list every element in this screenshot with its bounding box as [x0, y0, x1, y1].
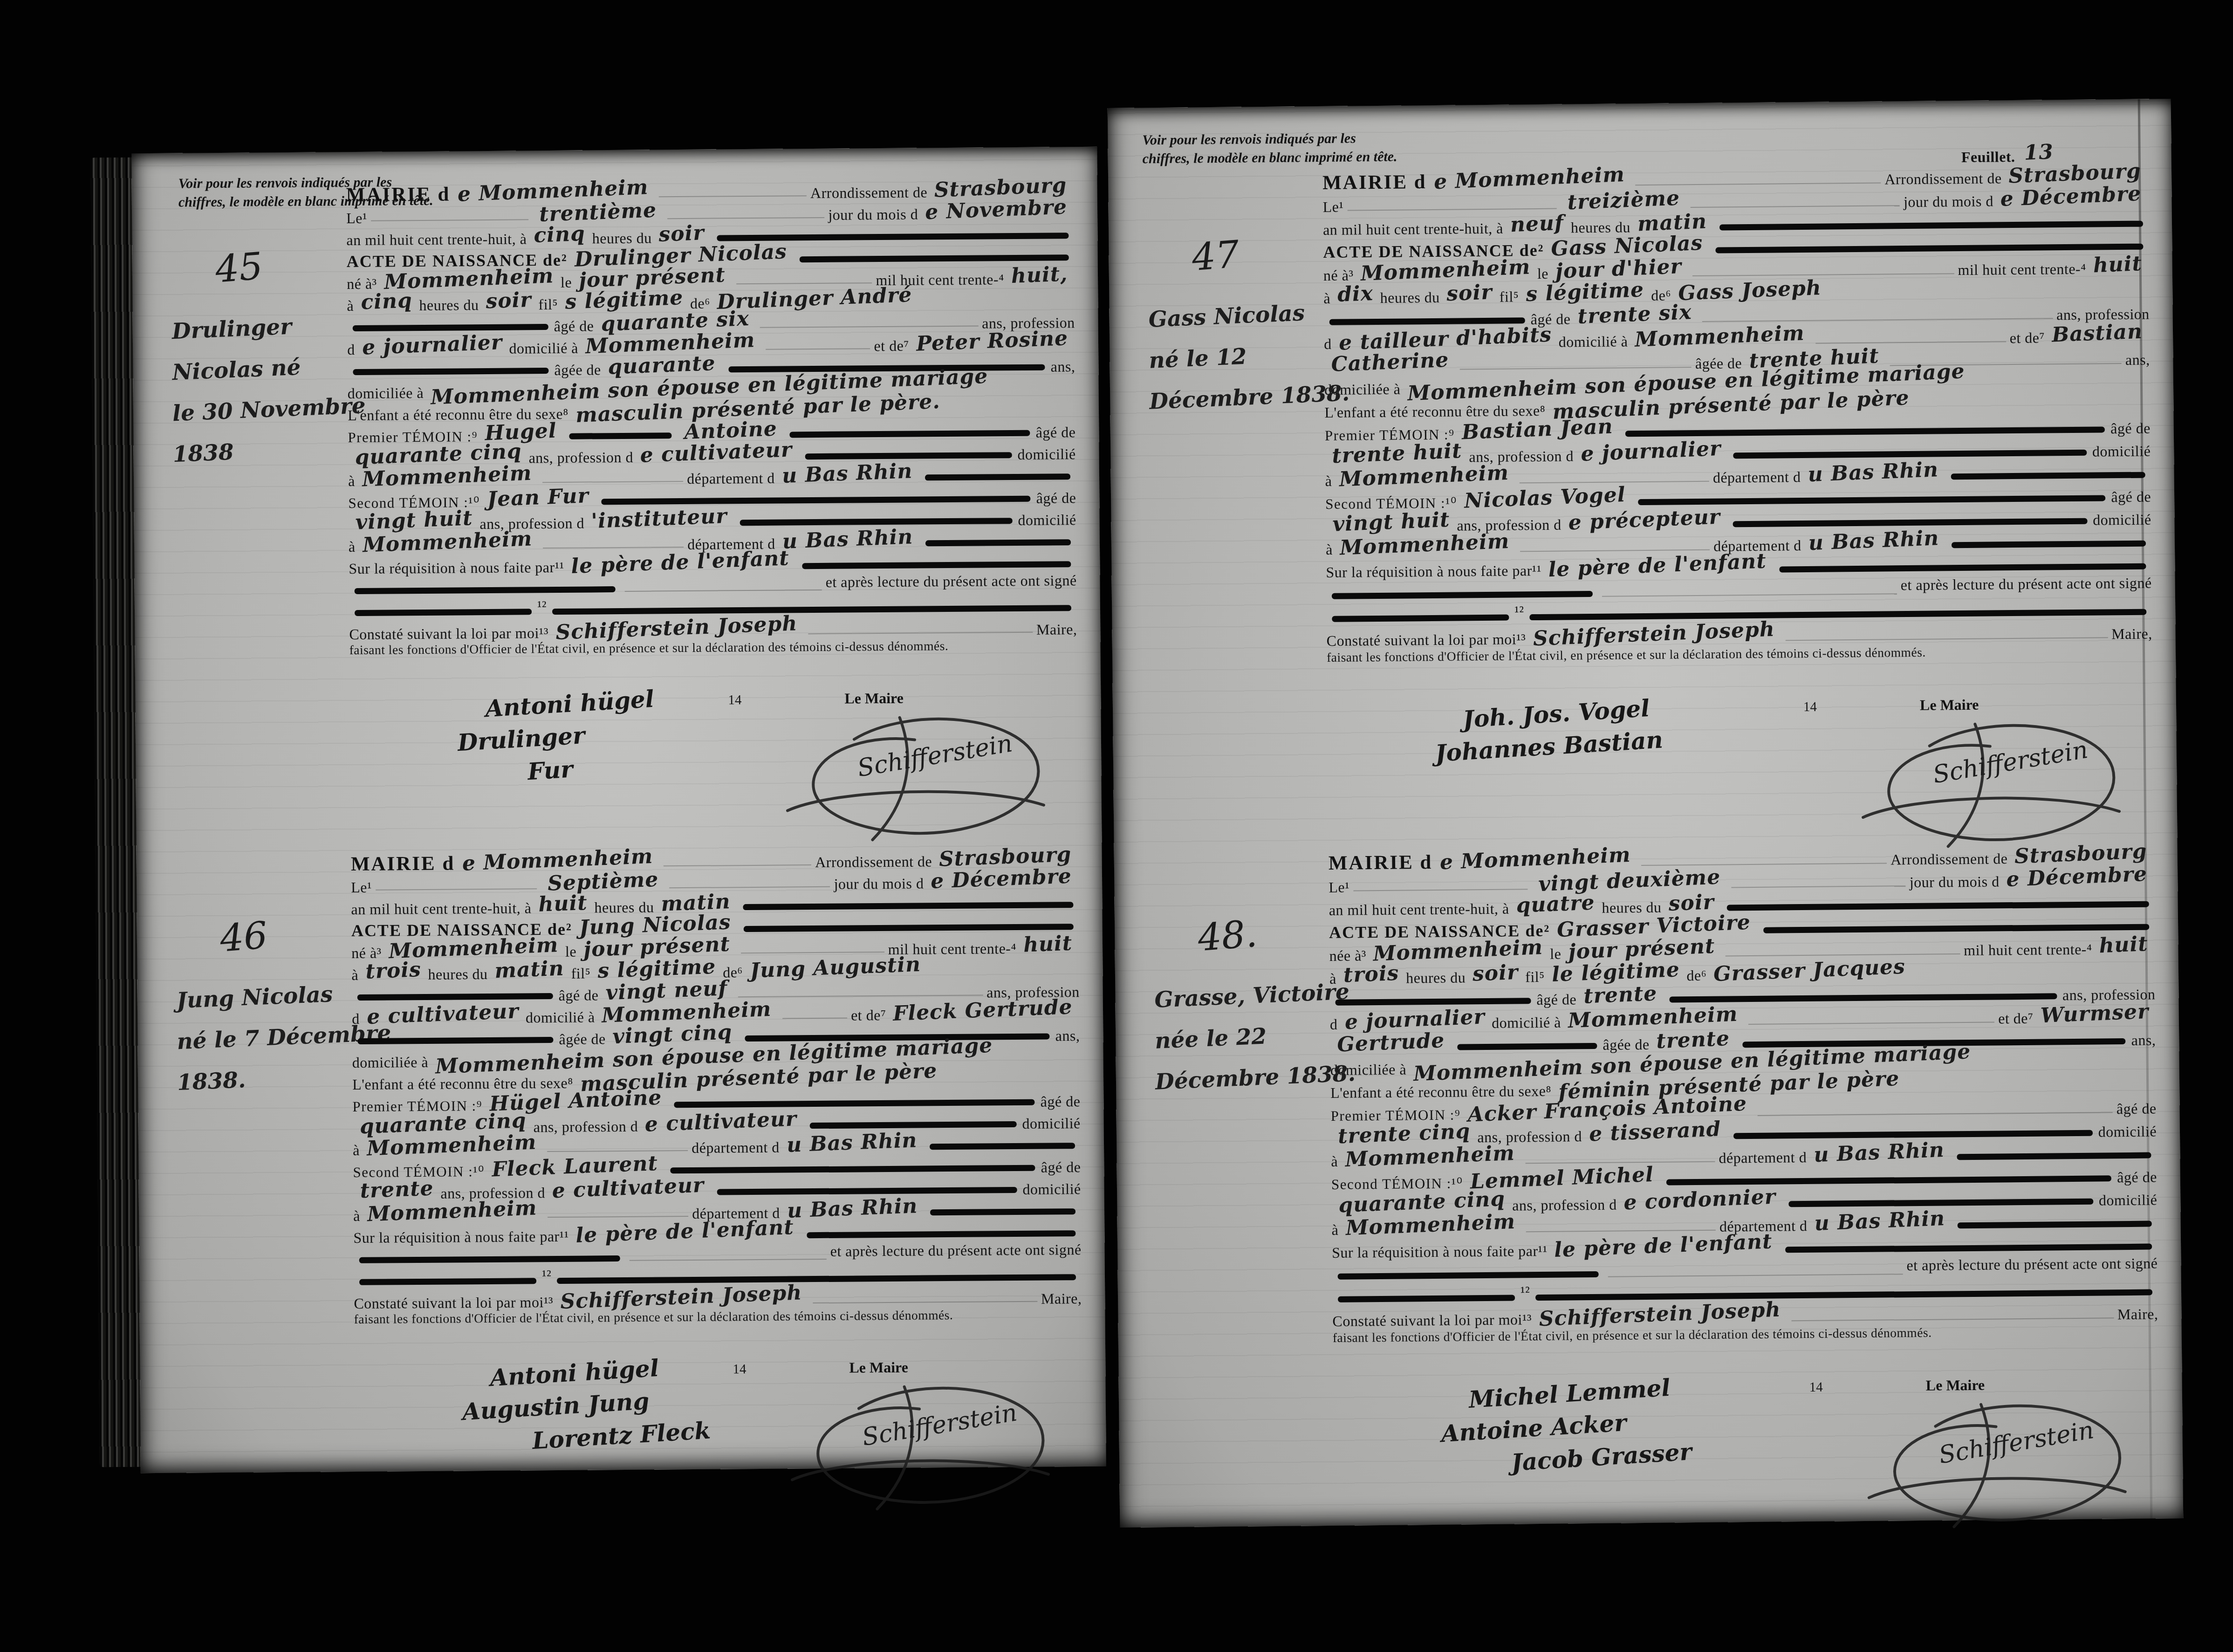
redaction-bar [353, 368, 548, 375]
redaction-bar [930, 1143, 1075, 1150]
printed-form-text: Constaté suivant la loi par moi¹³ [354, 1294, 553, 1312]
handwritten-entry: u Bas Rhin [787, 1194, 918, 1223]
handwritten-entry: e tisserand [1589, 1117, 1721, 1146]
redaction-bar [1670, 993, 2057, 1002]
redaction-bar [925, 539, 1071, 546]
redaction-bar [359, 1278, 536, 1285]
printed-form-text: âgé de [2117, 1100, 2157, 1117]
act-margin-note: 1838 [172, 427, 349, 476]
redaction-bar [1457, 1043, 1597, 1050]
printed-form-text: né à³ [1323, 267, 1354, 284]
blank-writing-line [1748, 1021, 1994, 1025]
redaction-bar [800, 254, 1069, 262]
printed-form-text: âgé de [1036, 424, 1076, 441]
printed-form-text: domicilié à [509, 340, 578, 357]
handwritten-entry: u Bas Rhin [781, 459, 913, 488]
maire-signature-area: 14Le Maire Schifferstein [705, 1347, 1069, 1499]
printed-form-text: ans, [1051, 358, 1075, 375]
printed-form-text: à [1325, 473, 1332, 490]
blank-writing-line [1815, 341, 2006, 344]
blank-writing-line [1702, 318, 2053, 322]
blank-writing-line [1758, 1112, 2113, 1116]
printed-form-text: Le¹ [1322, 199, 1343, 216]
printed-form-text: MAIRIE d [346, 183, 451, 206]
form-line: faisant les fonctions d'Officier de l'Ét… [354, 1307, 1082, 1334]
printed-form-text: heures du [428, 966, 487, 983]
redaction-bar [1779, 563, 2146, 573]
maire-signature-area: 14Le Maire Schifferstein [1775, 685, 2140, 837]
blank-writing-line [1786, 637, 2108, 641]
printed-form-text: âgé de [2110, 420, 2151, 438]
redaction-bar [552, 605, 1071, 615]
handwritten-entry: soir [1472, 960, 1519, 986]
redaction-bar [1529, 609, 2146, 621]
redaction-bar [1726, 901, 2149, 911]
blank-writing-line [630, 1259, 827, 1261]
act-number: 47 [1190, 226, 1324, 279]
act-margin-note: Décembre 1838. [1148, 374, 1325, 422]
instruction-line: Voir pour les renvois indiqués par les [1142, 129, 1450, 150]
handwritten-entry: trente [360, 1176, 434, 1203]
redaction-bar [1952, 541, 2146, 548]
redaction-bar [357, 1037, 553, 1044]
handwritten-entry: trentième [539, 198, 657, 226]
redaction-bar [930, 1208, 1075, 1215]
redaction-bar [789, 430, 1030, 438]
act-margin-note: Décembre 1838. [1154, 1054, 1331, 1103]
printed-form-text: an mil huit cent trente-huit, à [346, 230, 527, 249]
footnote-number: 14 [1803, 699, 1817, 715]
printed-form-text: MAIRIE d [351, 852, 455, 876]
acts-right: 47Gass Nicolasné le 12Décembre 1838.MAIR… [1108, 99, 2171, 108]
act-margin-note: le 30 Novembre [171, 386, 348, 435]
printed-form-text: domicilié [1022, 1180, 1081, 1198]
svg-text:Schifferstein: Schifferstein [856, 729, 1014, 782]
printed-form-text: Sur la réquisition à nous faite par¹¹ [1326, 562, 1541, 581]
printed-form-text: à [1326, 541, 1333, 558]
act-margin-note: Drulinger [171, 304, 348, 353]
printed-form-text: âgé de [1536, 991, 1576, 1008]
handwritten-entry: u Bas Rhin [786, 1128, 918, 1157]
blank-writing-line [1691, 205, 1900, 208]
acts-left: 45DrulingerNicolas néle 30 Novembre1838M… [131, 147, 1097, 153]
printed-form-text: fil⁵ [571, 965, 590, 982]
printed-form-text: mil huit cent trente-⁴ [1964, 941, 2092, 959]
handwritten-entry: trois [365, 958, 421, 984]
blank-writing-line [760, 326, 979, 328]
act-margin-note: Gass Nicolas [1148, 292, 1324, 340]
blank-writing-line [667, 217, 825, 219]
handwritten-entry: e journalier [1580, 437, 1721, 466]
handwritten-entry: Wurmser [2040, 1000, 2149, 1028]
printed-form-text: à [1323, 290, 1330, 307]
printed-form-text: et après lecture du présent acte ont sig… [825, 572, 1076, 591]
printed-form-text: d [1330, 1016, 1338, 1033]
redaction-bar [1788, 1199, 2093, 1207]
printed-form-text: domicilié [2098, 1123, 2157, 1140]
blank-writing-line [371, 219, 528, 221]
redaction-bar [1958, 1221, 2152, 1229]
printed-form-text: à [347, 297, 354, 315]
footnote-number: 14 [728, 692, 741, 708]
act-margin-note: né le 12 [1148, 333, 1325, 381]
printed-form-text: et de⁷ [2010, 329, 2045, 347]
act-margin: 46Jung Nicolasné le 7 Décembre1838. [150, 852, 356, 1505]
handwritten-entry: u Bas Rhin [1813, 1138, 1945, 1167]
printed-form-text: département d [1713, 468, 1801, 487]
blank-writing-line [376, 888, 537, 890]
redaction-bar [557, 1274, 1076, 1284]
blank-writing-line [1608, 1274, 1903, 1277]
redaction-bar [1733, 1130, 2093, 1139]
act-margin-note: Jung Nicolas [176, 973, 352, 1021]
printed-form-text: domicilié à [1559, 333, 1628, 350]
printed-margin-instruction: Voir pour les renvois indiqués par lesch… [1142, 129, 1450, 169]
redaction-bar [353, 324, 548, 331]
handwritten-entry: e Décembre [2000, 182, 2142, 211]
printed-form-text: ans, [2131, 1031, 2156, 1049]
printed-form-text: jour du mois d [1904, 192, 1993, 211]
handwritten-entry: Gass Joseph [1678, 276, 1822, 305]
signature-block: Antoni hügelDrulingerFur14Le Maire Schif… [349, 675, 1078, 834]
handwritten-entry: trente six [1577, 300, 1692, 329]
printed-form-text: domicilié à [1492, 1014, 1561, 1032]
blank-writing-line [1526, 1161, 1715, 1164]
printed-form-text: heures du [1571, 219, 1630, 236]
redaction-bar [805, 452, 1012, 459]
register-page-right: Voir pour les renvois indiqués par lesch… [1108, 99, 2183, 1528]
redaction-bar [670, 1165, 1035, 1173]
redaction-bar [744, 924, 1074, 932]
printed-form-text: Sur la réquisition à nous faite par¹¹ [353, 1228, 569, 1247]
act-margin: 48.Grasse, Victoirenée le 22Décembre 183… [1127, 851, 1335, 1525]
printed-form-text: le [561, 274, 572, 291]
blank-writing-line [1791, 1317, 2114, 1321]
blank-writing-line [659, 195, 807, 197]
printed-form-text: ans, [1055, 1027, 1080, 1044]
blank-writing-line [1602, 593, 1897, 597]
printed-form-text: à [351, 967, 358, 984]
printed-form-text: âgé de [1036, 489, 1076, 507]
svg-text:Schifferstein: Schifferstein [860, 1398, 1019, 1452]
maire-signature-flourish: Schifferstein [765, 1370, 1064, 1511]
handwritten-entry: huit, [1011, 262, 1068, 288]
handwritten-entry: Jean Fur [486, 484, 589, 511]
printed-form-text: Arrondissement de [1891, 850, 2007, 868]
act-margin-note: 1838. [176, 1055, 353, 1104]
printed-form-text: an mil huit cent trente-huit, à [1323, 220, 1503, 239]
act-number: 46 [219, 907, 353, 960]
printed-form-text: ¹² [1521, 1283, 1530, 1300]
printed-form-text: Arrondissement de [815, 853, 932, 871]
handwritten-entry: s légitime [1525, 278, 1644, 306]
birth-act: 45DrulingerNicolas néle 30 Novembre1838M… [145, 178, 1082, 836]
printed-form-text: Le¹ [1329, 879, 1349, 896]
signature-block: Michel LemmelAntoine AckerJacob Grasser1… [1333, 1362, 2160, 1522]
blank-writing-line [664, 864, 811, 866]
handwritten-entry: trente [1583, 981, 1658, 1008]
printed-form-text: le [565, 943, 576, 960]
handwritten-entry: Bastian [2051, 320, 2143, 347]
handwritten-entry: neuf [1510, 211, 1564, 237]
printed-form-text: et après lecture du présent acte ont sig… [1901, 574, 2152, 594]
form-line: Le¹trentièmejour du mois de Novembre [346, 199, 1074, 226]
printed-form-text: âgé de [1041, 1093, 1081, 1110]
redaction-bar [802, 561, 1071, 569]
redaction-bar [1338, 1295, 1515, 1302]
printed-form-text: née à³ [1329, 947, 1366, 965]
blank-writing-line [1520, 549, 1710, 552]
printed-form-text: heures du [592, 229, 652, 247]
blank-writing-line [1526, 1230, 1716, 1233]
printed-form-text: heures du [419, 296, 479, 314]
blank-writing-line [741, 952, 884, 953]
printed-form-text: le [1537, 265, 1548, 282]
printed-form-text: Arrondissement de [1884, 170, 2001, 188]
handwritten-entry: le légitime [1551, 958, 1680, 987]
footnote-number: 14 [1809, 1380, 1823, 1395]
redaction-bar [1951, 472, 2145, 480]
redaction-bar [357, 993, 553, 1001]
printed-form-text: MAIRIE d [1329, 851, 1433, 875]
handwritten-entry: u Bas Rhin [782, 525, 913, 554]
blank-writing-line [548, 1216, 688, 1218]
printed-form-text: Le¹ [351, 879, 372, 896]
blank-writing-line [547, 1150, 688, 1152]
printed-form-text: âgée de [559, 1030, 606, 1048]
printed-form-text: Constaté suivant la loi par moi¹³ [1332, 1311, 1532, 1330]
footnote-number: 14 [733, 1362, 746, 1377]
handwritten-entry: huit [1023, 932, 1073, 957]
signature-block: Antoni hügelAugustin JungLorentz Fleck14… [354, 1344, 1083, 1503]
printed-form-text: Maire, [2117, 1305, 2158, 1323]
handwritten-entry: matin [494, 957, 565, 983]
register-page-left: Voir pour les renvois indiqués par lesch… [131, 147, 1106, 1473]
printed-form-text: d [347, 341, 355, 358]
redaction-bar [743, 902, 1074, 910]
act-margin-note: Nicolas né [171, 345, 348, 394]
redaction-bar [807, 1230, 1075, 1238]
printed-form-text: Arrondissement de [810, 184, 927, 202]
printed-form-text: heures du [1380, 289, 1440, 307]
handwritten-entry: u Bas Rhin [1807, 458, 1938, 487]
form-line: né à³Mommenheimlejour présentmil huit ce… [347, 265, 1075, 292]
printed-form-text: jour du mois d [834, 875, 924, 892]
printed-form-text: âgée de [1603, 1036, 1650, 1054]
act-margin: 47Gass Nicolasné le 12Décembre 1838. [1121, 171, 1329, 844]
handwritten-entry: huit [2093, 252, 2143, 277]
act-form: MAIRIE de MommenheimArrondissement deStr… [351, 847, 1087, 1503]
maire-signature-area: 14Le Maire Schifferstein [700, 678, 1064, 829]
printed-form-text: jour du mois d [1910, 873, 2000, 891]
act-number: 48. [1196, 906, 1330, 960]
handwritten-entry: soir [1446, 280, 1493, 306]
printed-form-text: âgé de [2117, 1168, 2157, 1186]
printed-form-text: Maire, [1036, 621, 1077, 638]
svg-text:Schifferstein: Schifferstein [1931, 736, 2090, 789]
blank-writing-line [808, 632, 1033, 634]
handwritten-entry: Catherine [1331, 348, 1450, 377]
printed-form-text: Le¹ [346, 210, 367, 227]
handwritten-entry: 'instituteur [591, 504, 728, 533]
act-margin-note: Grasse, Victoire [1154, 972, 1330, 1021]
handwritten-entry: trois [1343, 961, 1399, 987]
printed-form-text: à [1332, 1221, 1339, 1239]
redaction-bar [601, 496, 1031, 505]
maire-signature-area: 14Le Maire Schifferstein [1781, 1365, 2146, 1517]
act-number: 45 [214, 238, 348, 291]
act-margin: 45DrulingerNicolas néle 30 Novembre1838 [145, 183, 351, 836]
redaction-bar [1332, 615, 1509, 622]
handwritten-entry: e Décembre [930, 864, 1072, 893]
printed-form-text: à [353, 1142, 360, 1159]
redaction-bar [674, 1099, 1035, 1108]
redaction-bar [1666, 1175, 2111, 1185]
printed-form-text: heures du [1406, 969, 1466, 987]
blank-writing-line [1641, 863, 1887, 866]
printed-form-text: domiciliée à [352, 1054, 429, 1071]
printed-form-text: département d [1719, 1149, 1807, 1167]
printed-form-text: an mil huit cent trente-huit, à [1329, 900, 1509, 919]
blank-writing-line [1348, 208, 1557, 211]
handwritten-entry: trente [1656, 1027, 1731, 1053]
printed-form-text: ans, profession d [1512, 1196, 1617, 1214]
printed-form-text: domicilié [1018, 511, 1076, 529]
redaction-bar [1733, 518, 2087, 528]
feuillet-label: Feuillet. [1961, 148, 2015, 165]
handwritten-entry: huit [538, 891, 588, 917]
blank-writing-line [736, 282, 872, 284]
printed-form-text: ans, [2125, 351, 2150, 369]
blank-writing-line [782, 1018, 847, 1019]
handwritten-entry: soir [485, 288, 532, 314]
blank-writing-line [542, 481, 683, 483]
blank-writing-line [669, 886, 830, 888]
printed-form-text: et après lecture du présent acte ont sig… [830, 1241, 1081, 1260]
printed-form-text: et de⁷ [851, 1007, 886, 1024]
printed-form-text: domicilié [2093, 511, 2151, 529]
printed-form-text: à [1331, 1153, 1338, 1170]
printed-form-text: Sur la réquisition à nous faite par¹¹ [1332, 1242, 1548, 1261]
printed-form-text: âgé de [559, 987, 599, 1004]
blank-writing-line [1459, 367, 1692, 370]
printed-form-text: L'enfant a été reconnu être du sexe⁸ [1330, 1083, 1551, 1102]
signature-block: Joh. Jos. VogelJohannes Bastian14Le Mair… [1327, 681, 2154, 842]
birth-act: 47Gass Nicolasné le 12Décembre 1838.MAIR… [1121, 163, 2158, 844]
blank-writing-line [813, 1301, 1037, 1303]
printed-form-text: d [1324, 336, 1332, 353]
redaction-bar [1715, 244, 2143, 254]
printed-form-text: et de⁷ [1998, 1010, 2034, 1028]
redaction-bar [355, 609, 532, 616]
handwritten-entry: Gertrude [1336, 1028, 1445, 1056]
handwritten-entry: e Décembre [2006, 862, 2148, 891]
handwritten-entry: cinq [360, 288, 412, 314]
printed-form-text: Constaté suivant la loi par moi¹³ [349, 624, 548, 643]
printed-form-text: mil huit cent trente-⁴ [1958, 260, 2086, 279]
handwritten-entry: e journalier [362, 330, 503, 360]
handwritten-entry: e Novembre [925, 195, 1068, 224]
redaction-bar [1338, 1271, 1599, 1280]
printed-form-text: fil⁵ [538, 296, 558, 313]
maire-signature-flourish: Schifferstein [1836, 707, 2136, 850]
redaction-bar [1625, 426, 2105, 437]
redaction-bar [1719, 221, 2143, 231]
printed-form-text: ans, profession d [533, 1118, 638, 1136]
maire-signature-flourish: Schifferstein [1842, 1387, 2142, 1530]
instruction-line: chiffres, le modèle en blanc imprimé en … [1143, 147, 1450, 169]
handwritten-entry: u Bas Rhin [1814, 1206, 1945, 1235]
printed-form-text: jour du mois d [828, 206, 918, 223]
printed-form-text: âgé de [2111, 488, 2151, 506]
printed-form-text: et de⁷ [874, 337, 909, 355]
redaction-bar [1638, 495, 2106, 505]
printed-form-text: ¹² [537, 597, 547, 615]
redaction-bar [1335, 998, 1531, 1006]
redaction-bar [1535, 1289, 2152, 1301]
printed-form-text: âgée de [554, 361, 601, 379]
svg-text:Schifferstein: Schifferstein [1937, 1416, 2096, 1470]
birth-act: 48.Grasse, Victoirenée le 22Décembre 183… [1127, 843, 2164, 1524]
blank-writing-line [1635, 183, 1881, 186]
act-form: MAIRIE de MommenheimArrondissement deStr… [346, 178, 1082, 834]
birth-act: 46Jung Nicolasné le 7 Décembre1838.MAIRI… [150, 847, 1087, 1505]
redaction-bar [1957, 1152, 2151, 1160]
maire-signature-flourish: Schifferstein [760, 700, 1060, 842]
printed-form-text: domicilié [2092, 443, 2151, 460]
printed-form-text: fil⁵ [1500, 288, 1519, 305]
printed-form-text: domicilié [1017, 446, 1076, 463]
printed-form-text: à [349, 538, 356, 555]
blank-writing-line [625, 590, 822, 592]
redaction-bar [1763, 924, 2149, 933]
blank-writing-line [766, 348, 870, 350]
handwritten-entry: treizième [1567, 186, 1680, 215]
printed-form-text: âgé de [554, 317, 594, 335]
register-scan: Voir pour les renvois indiqués par lesch… [0, 0, 2233, 1652]
blank-writing-line [738, 995, 983, 998]
blank-writing-line [1692, 273, 1954, 276]
printed-form-text: âgé de [1041, 1158, 1081, 1176]
handwritten-entry: u Bas Rhin [1808, 526, 1939, 555]
printed-form-text: Constaté suivant la loi par moi¹³ [1327, 631, 1526, 650]
redaction-bar [1332, 591, 1593, 599]
printed-form-text: à [348, 473, 355, 490]
act-form: MAIRIE de MommenheimArrondissement deStr… [1322, 163, 2158, 842]
feuillet-number: 13 [2023, 140, 2054, 165]
handwritten-entry: cinq [533, 222, 585, 247]
blank-writing-line [543, 547, 684, 548]
redaction-bar [740, 518, 1013, 526]
printed-form-text: fil⁵ [1525, 968, 1545, 986]
blank-writing-line [1732, 885, 1906, 888]
redaction-bar [1733, 450, 2087, 459]
printed-form-text: domicilié à [526, 1008, 595, 1026]
printed-form-text: à [353, 1207, 360, 1225]
printed-form-text: département d [692, 1139, 780, 1157]
act-margin-note: née le 22 [1154, 1013, 1330, 1062]
printed-form-text: domicilié [2099, 1191, 2158, 1209]
printed-form-text: an mil huit cent trente-huit, à [351, 899, 531, 918]
blank-writing-line [1353, 889, 1527, 891]
printed-form-text: MAIRIE d [1322, 171, 1427, 194]
printed-form-text: le [1550, 946, 1561, 963]
redaction-bar [717, 1187, 1017, 1195]
printed-form-text: ¹² [1514, 603, 1524, 620]
printed-form-text: ans, profession d [528, 449, 633, 467]
printed-form-text: ¹² [542, 1267, 551, 1284]
redaction-bar [809, 1121, 1016, 1129]
